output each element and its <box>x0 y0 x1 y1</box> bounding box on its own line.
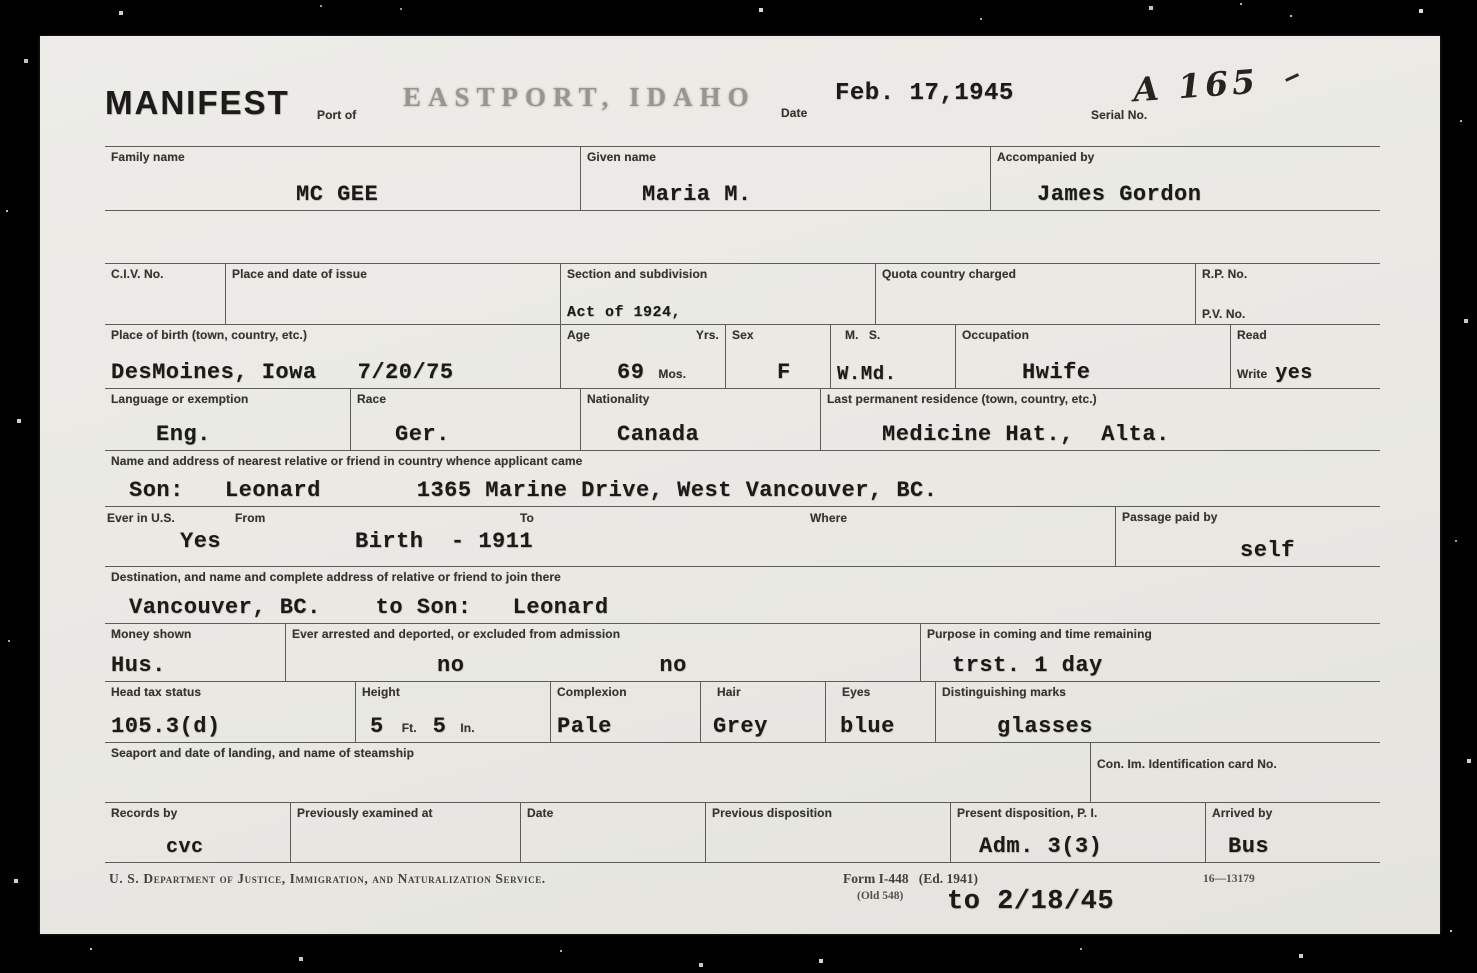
form-header: MANIFEST Port of EASTPORT, IDAHO Date Fe… <box>105 62 1380 147</box>
form-old-number: (Old 548) <box>857 890 903 902</box>
passage-paid-by-label: Passage paid by <box>1122 510 1374 524</box>
height-label: Height <box>362 685 544 699</box>
field-place-of-birth: Place of birth (town, country, etc.) Des… <box>105 325 560 388</box>
distinguishing-marks-value: glasses <box>942 714 1374 739</box>
ever-arrested-value-2: no <box>659 653 686 678</box>
purpose-value: trst. 1 day <box>927 653 1374 678</box>
age-value: 69 <box>567 360 644 385</box>
from-value: Birth - 1911 <box>355 529 533 554</box>
print-code: 16—13179 <box>1203 873 1255 885</box>
manifest-card: MANIFEST Port of EASTPORT, IDAHO Date Fe… <box>40 36 1440 934</box>
field-age: Age Yrs. 69 Mos. <box>560 325 725 388</box>
present-disposition-label: Present disposition, P. I. <box>957 806 1199 820</box>
complexion-value: Pale <box>557 714 694 739</box>
last-residence-label: Last permanent residence (town, country,… <box>827 392 1374 406</box>
height-ft-label: Ft. <box>402 721 417 735</box>
destination-row: Destination, and name and complete addre… <box>105 567 1380 624</box>
birth-row: Place of birth (town, country, etc.) Des… <box>105 325 1380 389</box>
field-quota-country: Quota country charged <box>875 264 1195 324</box>
landing-row: Seaport and date of landing, and name of… <box>105 743 1380 803</box>
field-ever-in-us: Ever in U.S. From To Where Yes Birth - 1… <box>105 507 1115 566</box>
manifest-form: MANIFEST Port of EASTPORT, IDAHO Date Fe… <box>105 62 1380 938</box>
until-date-stamp: to 2/18/45 <box>947 887 1114 917</box>
field-given-name: Given name Maria M. <box>580 147 990 210</box>
age-yrs-label: Yrs. <box>696 328 719 342</box>
port-label: Port of <box>317 108 356 122</box>
field-language: Language or exemption Eng. <box>105 389 350 450</box>
field-distinguishing-marks: Distinguishing marks glasses <box>935 682 1380 742</box>
con-im-card-label: Con. Im. Identification card No. <box>1097 757 1374 771</box>
field-place-date-issue: Place and date of issue <box>225 264 560 324</box>
pv-no-label: P.V. No. <box>1202 307 1374 321</box>
field-height: Height 5 Ft. 5 In. <box>355 682 550 742</box>
section-subdivision-value: Act of 1924, <box>567 304 869 321</box>
passage-paid-by-value: self <box>1122 538 1374 563</box>
given-name-value: Maria M. <box>587 182 984 207</box>
distinguishing-marks-label: Distinguishing marks <box>942 685 1374 699</box>
field-read-write: Read Write yes <box>1230 325 1380 388</box>
hair-label: Hair <box>707 685 819 699</box>
place-of-birth-value: DesMoines, Iowa 7/20/75 <box>111 360 554 385</box>
relative-row: Name and address of nearest relative or … <box>105 451 1380 507</box>
us-history-row: Ever in U.S. From To Where Yes Birth - 1… <box>105 507 1380 567</box>
language-value: Eng. <box>111 422 344 447</box>
to-label: To <box>520 511 534 525</box>
names-row: Family name MC GEE Given name Maria M. A… <box>105 147 1380 211</box>
age-mos-label: Mos. <box>658 367 686 381</box>
field-race: Race Ger. <box>350 389 580 450</box>
sex-label: Sex <box>732 328 824 342</box>
occupation-label: Occupation <box>962 328 1224 342</box>
head-tax-label: Head tax status <box>111 685 349 699</box>
form-title: MANIFEST <box>105 84 290 122</box>
place-date-issue-label: Place and date of issue <box>232 267 554 281</box>
records-by-value: cvc <box>111 836 284 859</box>
field-nationality: Nationality Canada <box>580 389 820 450</box>
previous-disposition-label: Previous disposition <box>712 806 944 820</box>
sex-value: F <box>732 360 824 385</box>
language-label: Language or exemption <box>111 392 344 406</box>
family-name-label: Family name <box>111 150 574 164</box>
field-hair: Hair Grey <box>700 682 825 742</box>
destination-label: Destination, and name and complete addre… <box>111 570 1374 584</box>
height-in-value: 5 <box>433 714 447 739</box>
ever-in-us-label: Ever in U.S. <box>107 511 175 525</box>
hair-value: Grey <box>707 714 819 739</box>
purpose-label: Purpose in coming and time remaining <box>927 627 1374 641</box>
visa-row: C.I.V. No. Place and date of issue Secti… <box>105 263 1380 325</box>
height-in-label: In. <box>460 721 474 735</box>
form-number: Form I-448 (Ed. 1941) <box>843 871 978 887</box>
pen-tick-mark <box>1285 73 1299 81</box>
complexion-label: Complexion <box>557 685 694 699</box>
money-shown-value: Hus. <box>111 653 279 678</box>
nearest-relative-label: Name and address of nearest relative or … <box>111 454 1374 468</box>
write-label: Write <box>1237 367 1267 381</box>
field-complexion: Complexion Pale <box>550 682 700 742</box>
place-of-birth-label: Place of birth (town, country, etc.) <box>111 328 554 342</box>
background-row: Language or exemption Eng. Race Ger. Nat… <box>105 389 1380 451</box>
serial-label: Serial No. <box>1091 108 1147 122</box>
destination-value: Vancouver, BC. to Son: Leonard <box>111 595 1374 620</box>
date-value: Feb. 17,1945 <box>835 80 1014 107</box>
family-name-value: MC GEE <box>111 182 574 207</box>
quota-country-label: Quota country charged <box>882 267 1189 281</box>
last-residence-value: Medicine Hat., Alta. <box>827 422 1374 447</box>
race-label: Race <box>357 392 574 406</box>
field-seaport: Seaport and date of landing, and name of… <box>105 743 1090 802</box>
exam-date-label: Date <box>527 806 699 820</box>
field-purpose: Purpose in coming and time remaining trs… <box>920 624 1380 681</box>
height-ft-value: 5 <box>362 714 384 739</box>
field-money-shown: Money shown Hus. <box>105 624 285 681</box>
eyes-value: blue <box>832 714 929 739</box>
marital-status-value: W.Md. <box>837 363 949 385</box>
accompanied-by-label: Accompanied by <box>997 150 1374 164</box>
field-rp-pv-no: R.P. No. P.V. No. <box>1195 264 1380 324</box>
records-by-label: Records by <box>111 806 284 820</box>
field-records-by: Records by cvc <box>105 803 290 862</box>
field-exam-date: Date <box>520 803 705 862</box>
nationality-label: Nationality <box>587 392 814 406</box>
arrived-by-label: Arrived by <box>1212 806 1374 820</box>
field-section-subdivision: Section and subdivision Act of 1924, <box>560 264 875 324</box>
blank-gap <box>105 211 1380 263</box>
port-stamp-value: EASTPORT, IDAHO <box>403 82 756 113</box>
given-name-label: Given name <box>587 150 984 164</box>
agency-imprint: U. S. Department of Justice, Immigration… <box>109 871 546 887</box>
civ-no-label: C.I.V. No. <box>111 267 219 281</box>
field-eyes: Eyes blue <box>825 682 935 742</box>
form-footer: U. S. Department of Justice, Immigration… <box>105 863 1380 938</box>
from-label: From <box>235 511 265 525</box>
field-occupation: Occupation Hwife <box>955 325 1230 388</box>
race-value: Ger. <box>357 422 574 447</box>
admission-row: Money shown Hus. Ever arrested and depor… <box>105 624 1380 682</box>
accompanied-by-value: James Gordon <box>997 182 1374 207</box>
age-label: Age <box>567 328 590 342</box>
film-grain-noise <box>0 0 2 2</box>
field-con-im-card: Con. Im. Identification card No. <box>1090 743 1380 802</box>
seaport-label: Seaport and date of landing, and name of… <box>111 746 1084 760</box>
field-present-disposition: Present disposition, P. I. Adm. 3(3) <box>950 803 1205 862</box>
field-head-tax: Head tax status 105.3(d) <box>105 682 355 742</box>
field-destination: Destination, and name and complete addre… <box>105 567 1380 623</box>
field-family-name: Family name MC GEE <box>105 147 580 210</box>
write-value: yes <box>1275 362 1313 385</box>
processing-row: Records by cvc Previously examined at Da… <box>105 803 1380 863</box>
ever-in-us-value: Yes <box>180 529 221 554</box>
ever-arrested-value-1: no <box>437 653 464 678</box>
field-civ-no: C.I.V. No. <box>105 264 225 324</box>
occupation-value: Hwife <box>962 360 1224 385</box>
field-previous-disposition: Previous disposition <box>705 803 950 862</box>
field-previously-examined: Previously examined at <box>290 803 520 862</box>
date-label: Date <box>781 106 807 120</box>
rp-no-label: R.P. No. <box>1202 267 1374 281</box>
eyes-label: Eyes <box>832 685 929 699</box>
field-passage-paid-by: Passage paid by self <box>1115 507 1380 566</box>
arrived-by-value: Bus <box>1212 834 1374 859</box>
read-label: Read <box>1237 328 1374 342</box>
field-accompanied-by: Accompanied by James Gordon <box>990 147 1380 210</box>
previously-examined-label: Previously examined at <box>297 806 514 820</box>
present-disposition-value: Adm. 3(3) <box>957 834 1199 859</box>
field-nearest-relative: Name and address of nearest relative or … <box>105 451 1380 506</box>
field-arrived-by: Arrived by Bus <box>1205 803 1380 862</box>
ever-arrested-label: Ever arrested and deported, or excluded … <box>292 627 914 641</box>
where-label: Where <box>810 511 847 525</box>
field-sex: Sex F <box>725 325 830 388</box>
serial-value-handwritten: A 165 <box>1132 62 1260 110</box>
marital-status-label: M. S. <box>837 328 949 342</box>
money-shown-label: Money shown <box>111 627 279 641</box>
physical-row: Head tax status 105.3(d) Height 5 Ft. 5 … <box>105 682 1380 743</box>
field-marital-status: M. S. W.Md. <box>830 325 955 388</box>
field-last-residence: Last permanent residence (town, country,… <box>820 389 1380 450</box>
field-ever-arrested: Ever arrested and deported, or excluded … <box>285 624 920 681</box>
nearest-relative-value: Son: Leonard 1365 Marine Drive, West Van… <box>111 478 1374 503</box>
nationality-value: Canada <box>587 422 814 447</box>
section-subdivision-label: Section and subdivision <box>567 267 869 281</box>
head-tax-value: 105.3(d) <box>111 714 349 739</box>
